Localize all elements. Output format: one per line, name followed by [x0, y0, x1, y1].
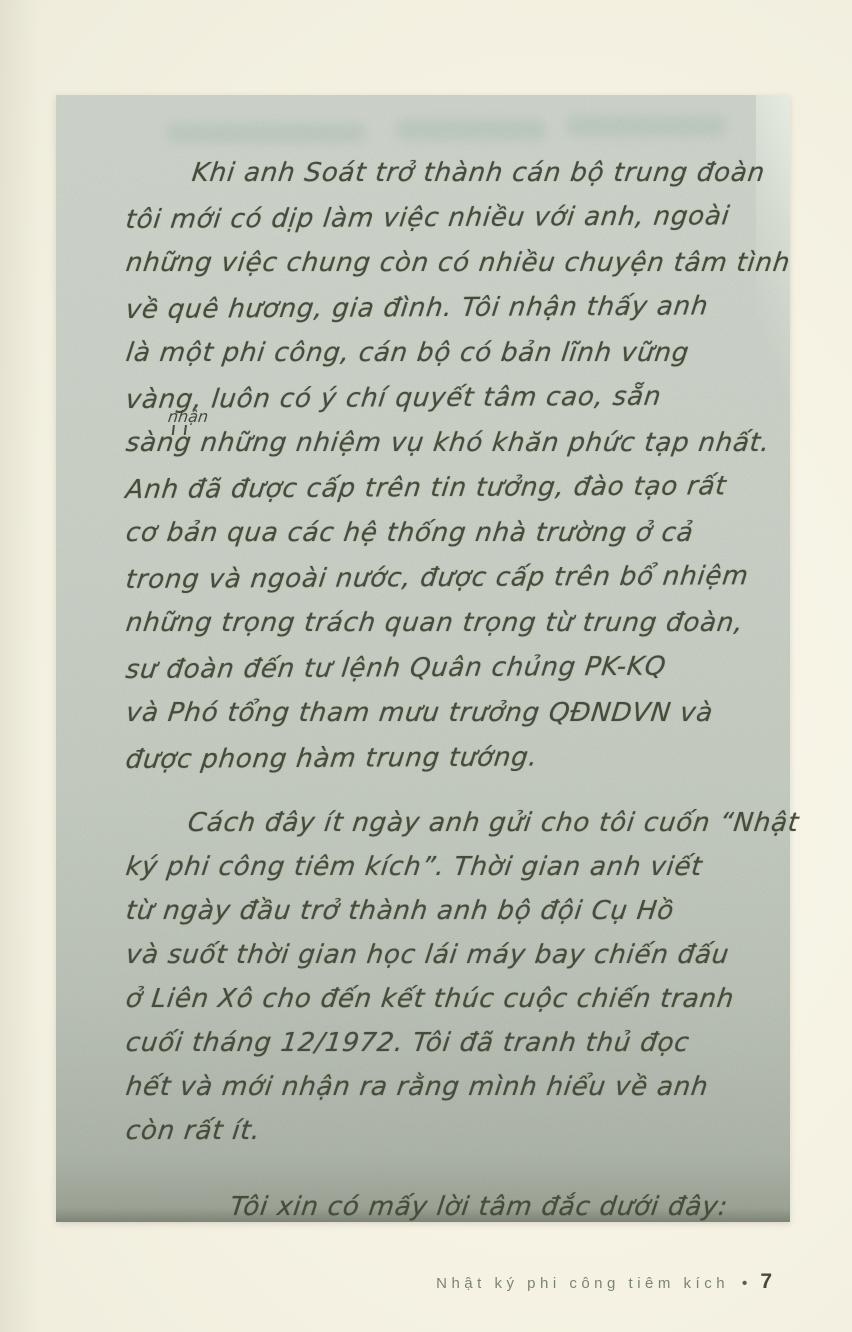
handwritten-line: từ ngày đầu trở thành anh bộ đội Cụ Hồ — [123, 889, 776, 933]
footer-separator-dot: • — [742, 1275, 747, 1292]
handwritten-line: những việc chung còn có nhiều chuyện tâm… — [123, 241, 777, 286]
handwritten-line: và suốt thời gian học lái máy bay chiến … — [123, 933, 776, 977]
handwritten-line: ở Liên Xô cho đến kết thúc cuộc chiến tr… — [123, 977, 776, 1021]
paragraph-2: Cách đây ít ngày anh gửi cho tôi cuốn “N… — [126, 801, 774, 1153]
handwritten-text-block: Khi anh Soát trở thành cán bộ trung đoàn… — [126, 151, 774, 1230]
footer-book-title: Nhật ký phi công tiêm kích — [436, 1275, 729, 1292]
handwritten-line: những trọng trách quan trọng từ trung đo… — [123, 601, 777, 646]
page-gutter-shadow — [0, 0, 40, 1332]
handwritten-line: sàng những nhiệm vụ khó khăn phức tạp nh… — [123, 421, 777, 466]
page-footer: Nhật ký phi công tiêm kích • 7 — [436, 1270, 772, 1294]
paragraph-3: Tôi xin có mấy lời tâm đắc dưới đây: — [126, 1185, 774, 1230]
handwritten-line: trong và ngoài nước, được cấp trên bổ nh… — [123, 554, 777, 603]
handwritten-line: sư đoàn đến tư lệnh Quân chủng PK-KQ — [123, 644, 777, 693]
handwritten-line: vàng, luôn có ý chí quyết tâm cao, sẵn — [123, 374, 777, 423]
scanned-letter-photo: Khi anh Soát trở thành cán bộ trung đoàn… — [56, 95, 790, 1222]
handwritten-line: còn rất ít. — [123, 1109, 776, 1153]
handwritten-line: được phong hàm trung tướng. — [123, 734, 777, 783]
footer-page-number: 7 — [760, 1270, 772, 1294]
paragraph-1: Khi anh Soát trở thành cán bộ trung đoàn… — [126, 151, 774, 781]
handwritten-line: là một phi công, cán bộ có bản lĩnh vững — [123, 331, 777, 376]
handwritten-line: Khi anh Soát trở thành cán bộ trung đoàn — [123, 151, 777, 196]
handwritten-line: và Phó tổng tham mưu trưởng QĐNDVN và — [123, 691, 777, 736]
handwritten-line: ký phi công tiêm kích”. Thời gian anh vi… — [123, 845, 776, 889]
handwritten-line: hết và mới nhận ra rằng mình hiểu về anh — [123, 1065, 776, 1109]
handwritten-line: cơ bản qua các hệ thống nhà trường ở cả — [123, 511, 777, 556]
inserted-word-annotation: nhận — [167, 407, 210, 426]
handwritten-line: cuối tháng 12/1972. Tôi đã tranh thủ đọc — [123, 1021, 776, 1065]
handwritten-line: Tôi xin có mấy lời tâm đắc dưới đây: — [123, 1185, 777, 1230]
handwritten-line: Anh đã được cấp trên tin tưởng, đào tạo … — [123, 464, 777, 513]
handwritten-line: Cách đây ít ngày anh gửi cho tôi cuốn “N… — [123, 801, 776, 845]
handwritten-line: về quê hương, gia đình. Tôi nhận thấy an… — [123, 284, 777, 333]
handwritten-line: tôi mới có dịp làm việc nhiều với anh, n… — [123, 194, 777, 243]
